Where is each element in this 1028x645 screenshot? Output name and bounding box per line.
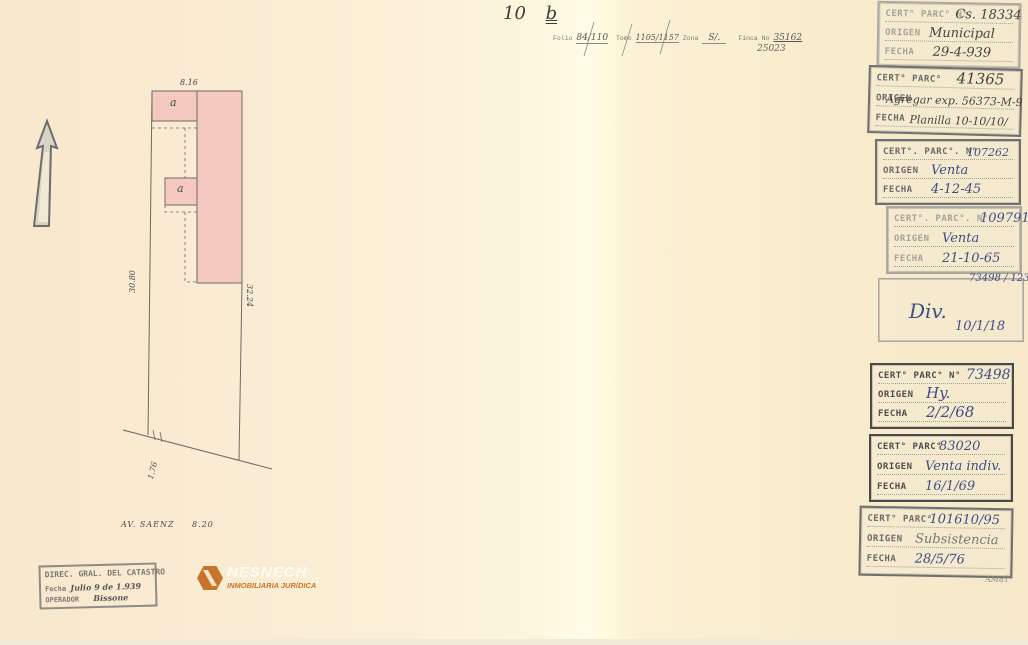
cert-value: 109791	[980, 211, 1028, 226]
fecha-label: FECHA	[877, 482, 907, 492]
fecha-label: FECHA	[867, 554, 897, 565]
sheet-letter: b	[546, 3, 558, 24]
lot-plan-diagram	[115, 80, 285, 480]
fecha-value: 16/1/69	[925, 479, 975, 494]
parcel-certificate-stamp-1: CERT° PARC° N°Cs. 18334 ORIGENMunicipal …	[876, 1, 1021, 70]
origen-label: ORIGEN	[894, 234, 930, 244]
unit-label-middle: a	[177, 182, 184, 195]
fecha-value: 21-10-65	[942, 251, 1000, 266]
cert-value: 101610/95	[929, 512, 1000, 528]
logo-tagline: INMOBILIARIA JURÍDICA	[227, 581, 316, 590]
origen-label: ORIGEN	[885, 28, 921, 39]
cert-label: CERT° PARC° N°	[878, 371, 961, 381]
street-measure: 8.20	[192, 520, 214, 529]
parcel-certificate-stamp-2: CERT° PARC°41365 ORIGENAgregar exp. 5637…	[867, 65, 1023, 137]
left-side-label: 30.80	[128, 270, 137, 293]
finca-value: 35162	[773, 33, 802, 43]
folio-label: Folio	[553, 35, 573, 42]
catastro-title: DIREC. GRAL. DEL CATASTRO	[45, 567, 166, 579]
cert-label: CERT°. PARC°. N°	[894, 214, 989, 224]
cert-value: 41365	[956, 69, 1004, 88]
origen-value: Venta	[931, 163, 968, 178]
cert-label: CERT° PARC°	[877, 442, 942, 452]
fecha-value: 4-12-45	[931, 182, 981, 197]
parcel-certificate-stamp-6: CERT° PARC° N°73498 ORIGENHy. FECHA2/2/6…	[870, 363, 1014, 429]
finca-value-secondary: 25023	[757, 44, 786, 54]
origen-label: ORIGEN	[877, 462, 913, 472]
origen-value: Municipal	[929, 26, 995, 42]
right-side-label: 32.24	[245, 284, 254, 307]
fecha-value: 2/2/68	[926, 403, 974, 421]
cert-value: Cs. 18334	[955, 7, 1022, 23]
parcel-certificate-stamp-8: CERT° PARC°101610/95 ORIGENSubsistencia …	[858, 506, 1013, 579]
parcel-certificate-stamp-4: CERT°. PARC°. N°109791 ORIGENVenta FECHA…	[886, 206, 1022, 274]
fecha-value: 28/5/76	[915, 552, 965, 568]
catastro-stamp: DIREC. GRAL. DEL CATASTRO Fecha Julio 9 …	[38, 562, 157, 609]
fecha-value: 29-4-939	[933, 45, 992, 61]
logo-name: NESNECH	[227, 564, 307, 581]
fecha-value: Julio 9 de 1.939	[70, 581, 141, 593]
finca-label: Finca No	[738, 35, 769, 42]
cert-value: 107262	[967, 146, 1009, 159]
parcel-certificate-stamp-3: CERT°. PARC°. N°107262 ORIGENVenta FECHA…	[875, 139, 1021, 205]
fecha-label: FECHA	[885, 47, 915, 58]
operador-label: OPERADOR	[45, 596, 79, 605]
origen-label: ORIGEN	[883, 166, 919, 176]
origen-value: Agregar exp. 56373-M-9	[886, 92, 1023, 109]
sheet-number-value: 10	[503, 3, 526, 24]
origen-value: Venta	[942, 231, 979, 246]
fecha-value: Planilla 10-10/10/	[909, 113, 1008, 129]
origen-value: Venta indiv.	[925, 459, 1001, 474]
fecha-label: FECHA	[875, 113, 905, 124]
cert-label: CERT°. PARC°. N°	[883, 147, 978, 157]
north-arrow-icon	[30, 118, 64, 230]
street-name: AV. SAENZ	[121, 520, 175, 529]
origen-value: Div.	[909, 299, 947, 341]
pencil-strokes	[580, 18, 700, 58]
cert-label: CERT° PARC°	[867, 514, 932, 525]
top-width-label: 8.16	[180, 78, 198, 87]
operador-value: Bissone	[93, 592, 128, 603]
parcel-certificate-stamp-7: CERT° PARC°83020 ORIGENVenta indiv. FECH…	[869, 434, 1013, 502]
origen-value: Subsistencia	[915, 532, 999, 548]
zona-value: S/.	[702, 33, 726, 44]
origen-label: ORIGEN	[867, 534, 903, 545]
sheet-number: 10 b	[503, 3, 557, 24]
fecha-label: FECHA	[894, 254, 924, 264]
scanned-document-sheet: 10 b Folio 84/110 Tomo 1105/1157 Zona S/…	[0, 0, 1028, 645]
origen-value: Hy.	[926, 384, 950, 402]
parcel-certificate-stamp-5: 73498 / 123347 Div. 10/1/18	[878, 278, 1024, 342]
cert-value: 73498	[966, 367, 1011, 383]
cert-label: CERT° PARC°	[876, 73, 941, 85]
unit-label-top: a	[170, 96, 177, 109]
stamp-footnote: AM81	[985, 575, 1009, 584]
fecha-value: 10/1/18	[955, 319, 1005, 341]
fecha-label: Fecha	[45, 585, 66, 594]
catastro-operador-row: OPERADOR Bissone	[45, 592, 128, 604]
origen-label: ORIGEN	[878, 390, 914, 400]
cert-value: 83020	[939, 439, 980, 454]
fecha-label: FECHA	[878, 409, 908, 419]
fecha-label: FECHA	[883, 185, 913, 195]
logo-hexagon-icon	[197, 566, 223, 590]
street-label: AV. SAENZ 8.20	[121, 520, 214, 529]
